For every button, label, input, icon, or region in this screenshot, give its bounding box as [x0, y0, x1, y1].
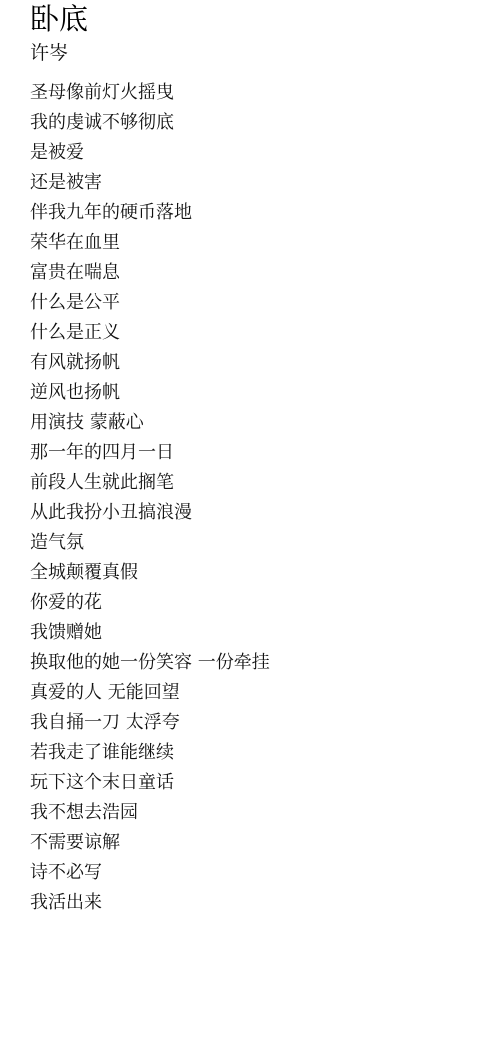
lyrics-list: 圣母像前灯火摇曳 我的虔诚不够彻底 是被爱 还是被害 伴我九年的硬币落地 荣华在… — [30, 78, 500, 918]
lyric-line: 从此我扮小丑搞浪漫 — [30, 498, 500, 528]
lyric-line: 我不想去浩园 — [30, 798, 500, 828]
song-title: 卧底 — [30, 0, 500, 38]
lyric-line: 我自捅一刀 太浮夸 — [30, 708, 500, 738]
lyrics-page: 卧底 许岑 圣母像前灯火摇曳 我的虔诚不够彻底 是被爱 还是被害 伴我九年的硬币… — [30, 0, 500, 918]
lyric-line: 逆风也扬帆 — [30, 378, 500, 408]
lyric-line: 诗不必写 — [30, 858, 500, 888]
lyric-line: 什么是公平 — [30, 288, 500, 318]
lyric-line: 荣华在血里 — [30, 228, 500, 258]
lyric-line: 全城颠覆真假 — [30, 558, 500, 588]
lyric-line: 我活出来 — [30, 888, 500, 918]
artist-name: 许岑 — [30, 38, 500, 68]
lyric-line: 不需要谅解 — [30, 828, 500, 858]
lyric-line: 有风就扬帆 — [30, 348, 500, 378]
lyric-line: 伴我九年的硬币落地 — [30, 198, 500, 228]
lyric-line: 用演技 蒙蔽心 — [30, 408, 500, 438]
lyric-line: 换取他的她一份笑容 一份牵挂 — [30, 648, 500, 678]
lyric-line: 真爱的人 无能回望 — [30, 678, 500, 708]
lyric-line: 什么是正义 — [30, 318, 500, 348]
lyric-line: 我馈赠她 — [30, 618, 500, 648]
lyric-line: 我的虔诚不够彻底 — [30, 108, 500, 138]
lyric-line: 你爱的花 — [30, 588, 500, 618]
lyric-line: 是被爱 — [30, 138, 500, 168]
lyric-line: 玩下这个末日童话 — [30, 768, 500, 798]
lyric-line: 那一年的四月一日 — [30, 438, 500, 468]
lyric-line: 前段人生就此搁笔 — [30, 468, 500, 498]
lyric-line: 还是被害 — [30, 168, 500, 198]
lyric-line: 造气氛 — [30, 528, 500, 558]
lyric-line: 若我走了谁能继续 — [30, 738, 500, 768]
lyric-line: 富贵在喘息 — [30, 258, 500, 288]
lyric-line: 圣母像前灯火摇曳 — [30, 78, 500, 108]
